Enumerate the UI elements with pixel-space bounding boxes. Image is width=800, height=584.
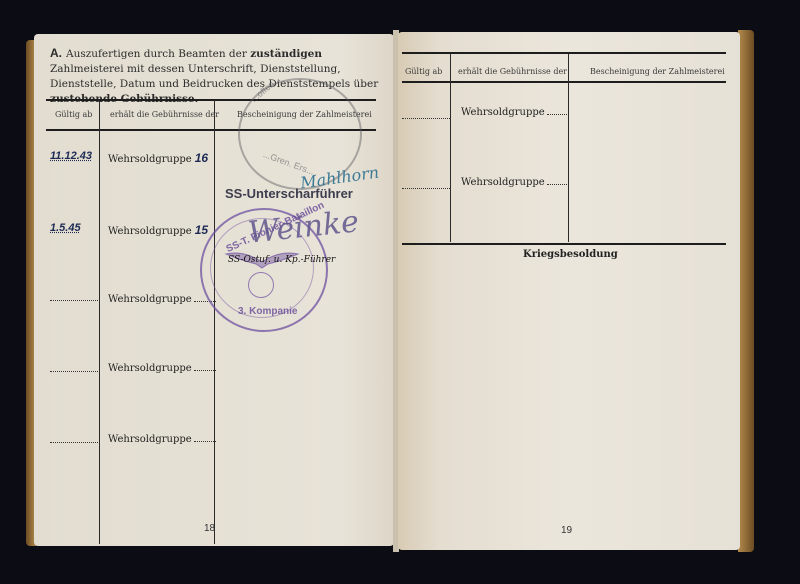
column-divider bbox=[450, 54, 451, 242]
row-date: 11.12.43 bbox=[50, 150, 92, 162]
column-divider bbox=[99, 100, 100, 544]
value-blank bbox=[194, 370, 216, 371]
pay-group-value: 15 bbox=[195, 223, 208, 237]
section-title: Kriegsbesoldung bbox=[523, 249, 618, 260]
column-header-valid-from: Gültig ab bbox=[55, 110, 92, 119]
column-divider bbox=[568, 54, 569, 242]
table-row: Wehrsoldgruppe15 bbox=[108, 223, 208, 237]
date-blank bbox=[402, 118, 450, 119]
row-date: 1.5.45 bbox=[50, 222, 81, 234]
table-row: Wehrsoldgruppe bbox=[461, 107, 569, 118]
table-row: Wehrsoldgruppe bbox=[108, 363, 216, 374]
rank-stamp: SS-Unterscharführer bbox=[225, 186, 353, 201]
column-header-pay-group: erhält die Gebührnisse der bbox=[458, 67, 567, 76]
pay-group-label: Wehrsoldgruppe bbox=[461, 177, 545, 188]
page-number-left: 18 bbox=[204, 523, 215, 534]
value-blank bbox=[547, 114, 569, 115]
pay-group-label: Wehrsoldgruppe bbox=[461, 107, 545, 118]
date-blank bbox=[50, 371, 98, 372]
column-divider bbox=[214, 100, 215, 544]
date-blank bbox=[50, 442, 98, 443]
column-header-pay-group: erhält die Gebührnisse der bbox=[110, 110, 219, 119]
purple-stamp-bottom-text: 3. Kompanie bbox=[238, 306, 297, 317]
page-number-right: 19 bbox=[561, 525, 572, 536]
instruction-text: Auszufertigen durch Beamten der bbox=[66, 48, 250, 60]
pay-group-label: Wehrsoldgruppe bbox=[108, 434, 192, 445]
instruction-bold: zuständigen bbox=[250, 48, 322, 60]
section-rule bbox=[402, 243, 726, 245]
value-blank bbox=[194, 441, 216, 442]
column-header-valid-from: Gültig ab bbox=[405, 67, 442, 76]
pay-group-label: Wehrsoldgruppe bbox=[108, 154, 192, 165]
table-row: Wehrsoldgruppe16 bbox=[108, 151, 208, 165]
column-header-certification: Bescheinigung der Zahlmeisterei bbox=[590, 67, 725, 76]
table-row: Wehrsoldgruppe bbox=[108, 434, 216, 445]
wreath-emblem-icon bbox=[248, 272, 274, 298]
pay-group-label: Wehrsoldgruppe bbox=[108, 363, 192, 374]
section-marker: A. bbox=[50, 46, 62, 60]
date-blank bbox=[402, 188, 450, 189]
right-cover-edge bbox=[738, 30, 754, 552]
date-blank bbox=[50, 300, 98, 301]
table-row: Wehrsoldgruppe bbox=[108, 294, 216, 305]
pay-group-label: Wehrsoldgruppe bbox=[108, 294, 192, 305]
pay-group-label: Wehrsoldgruppe bbox=[108, 226, 192, 237]
table-row: Wehrsoldgruppe bbox=[461, 177, 569, 188]
pay-group-value: 16 bbox=[195, 151, 208, 165]
handwritten-rank: SS-Ostuf. u. Kp.-Führer bbox=[228, 255, 335, 265]
value-blank bbox=[547, 184, 569, 185]
